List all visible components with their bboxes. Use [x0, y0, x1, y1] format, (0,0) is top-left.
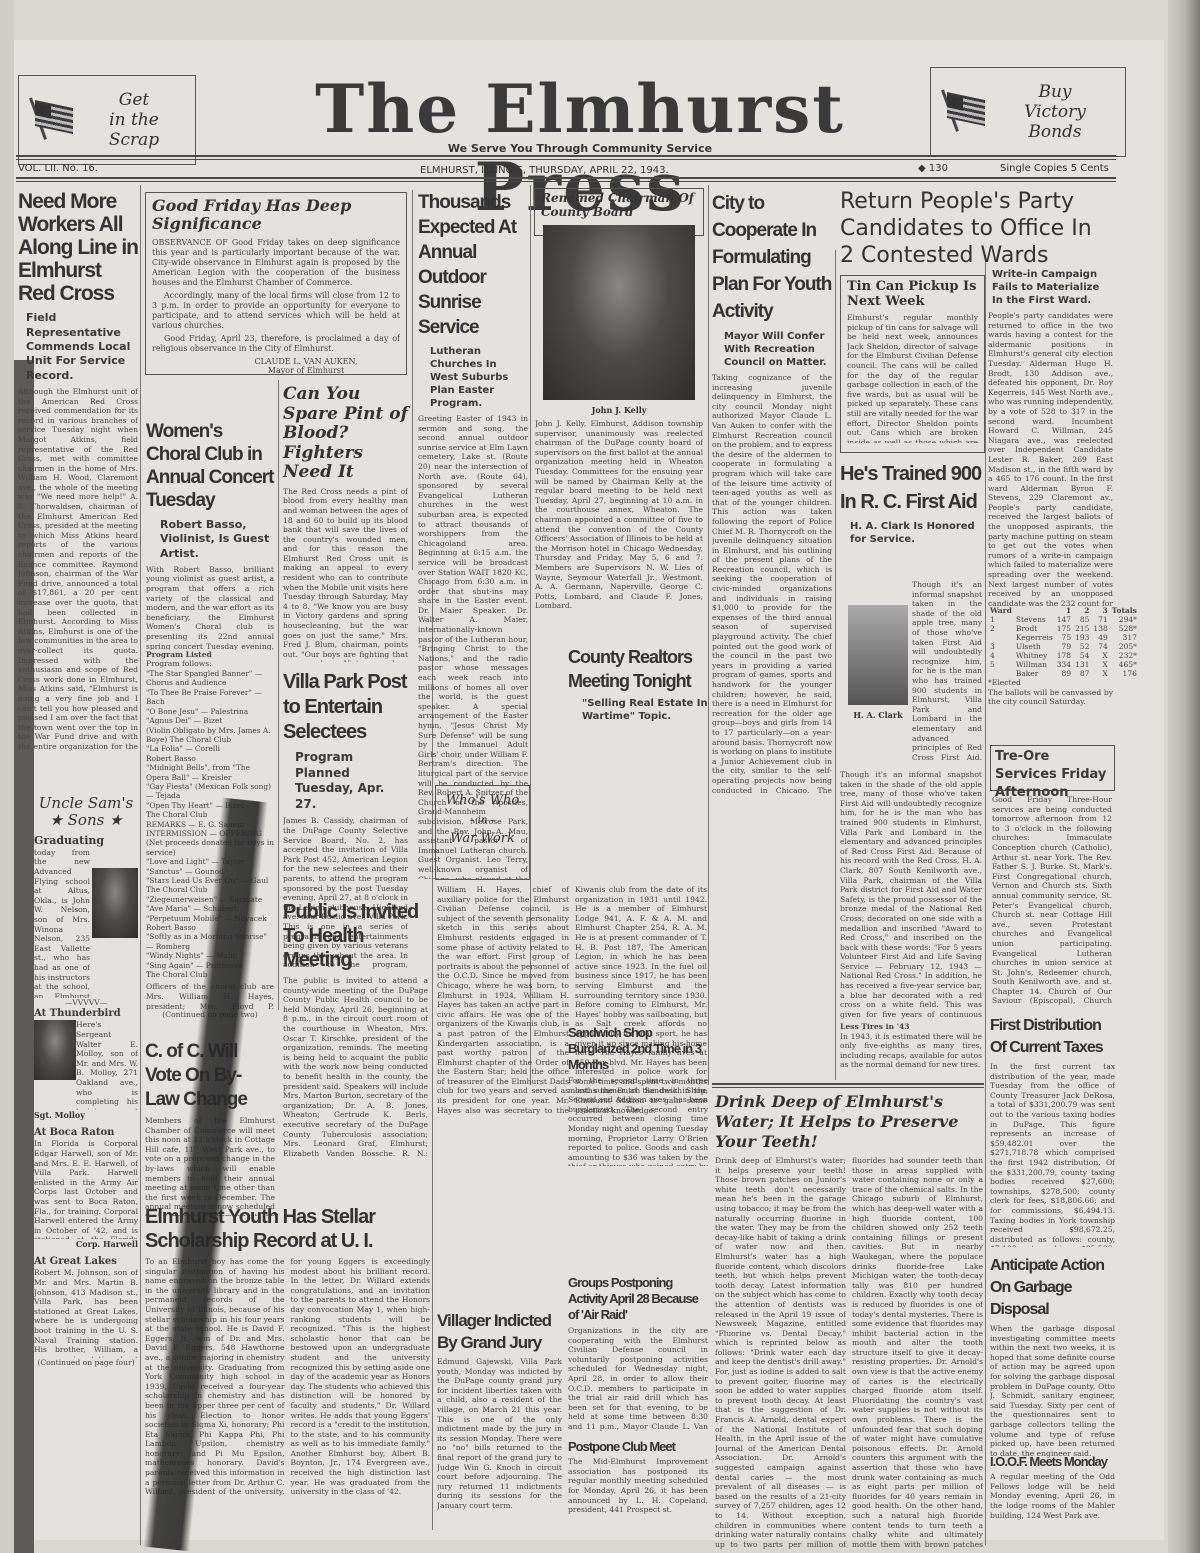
- article-tre-ore: Good Friday Three-Hour services are bein…: [992, 795, 1112, 1005]
- ear-get-in-the-scrap: Get in the Scrap: [18, 75, 196, 165]
- article-villager-indicted: Villager Indicted By Grand Jury Edmund G…: [437, 1310, 562, 1517]
- election-story: Write-in Campaign Fails to Materialize I…: [988, 268, 1113, 707]
- program-item: "O Bone Jesu" — Palestrina: [146, 707, 274, 716]
- table-row: 3Ulseth795274205*: [988, 642, 1139, 651]
- article-body: OBSERVANCE OF Good Friday takes on deep …: [152, 238, 400, 288]
- scan-right-margin: [1168, 0, 1200, 1553]
- article-body: Here's Sergeant Walter E. Molloy, son of…: [76, 1020, 138, 1110]
- table-cell: 131: [1073, 660, 1091, 669]
- star-icon: ★: [104, 811, 122, 829]
- column-rule: [278, 380, 279, 1010]
- program-item: "Agnus Dei" — Bizet: [146, 716, 274, 725]
- section-head: At Great Lakes: [34, 1255, 138, 1268]
- article-garbage: Anticipate Action On Garbage Disposal Wh…: [990, 1255, 1115, 1474]
- headline: Villager Indicted By Grand Jury: [437, 1310, 562, 1354]
- subhead: Write-in Campaign Fails to Materialize I…: [992, 268, 1113, 307]
- article-body: Though it's an informal snapshot taken i…: [840, 770, 982, 1020]
- table-cell: 1: [988, 615, 1014, 624]
- section-head: At Thunderbird: [34, 1007, 138, 1020]
- headline: Drink Deep of Elmhurst's Water; It Helps…: [715, 1092, 983, 1152]
- article-sunrise-service: Thousands Expected At Annual Outdoor Sun…: [418, 190, 528, 879]
- table-cell: 71: [1091, 615, 1109, 624]
- table-header: 2: [1073, 606, 1091, 615]
- table-cell: X: [1091, 660, 1109, 669]
- us-flag-icon: [939, 90, 987, 134]
- photo-caption: Corp. Harwell: [34, 1239, 138, 1249]
- ear-text: Buy: [993, 82, 1117, 102]
- table-cell: X: [1091, 669, 1109, 678]
- table-cell: 193: [1073, 633, 1091, 642]
- headline: Renamed Chairman Of County Board: [541, 192, 697, 220]
- photo-caption: H. A. Clark: [848, 710, 908, 720]
- article-body: Although the Elmhurst unit of the Americ…: [18, 387, 138, 752]
- ear-text: Victory: [993, 102, 1117, 122]
- headline: Tre-Ore Services Friday Afternoon: [995, 748, 1110, 802]
- table-cell: 2: [988, 624, 1014, 633]
- article-body: With Robert Basso, brilliant young violi…: [146, 565, 274, 650]
- article-county-chairman: John J. Kelly John J. Kelly, Elmhurst, A…: [535, 405, 703, 619]
- table-row: 5Willman334131X465*: [988, 660, 1139, 669]
- table-header: [1014, 606, 1055, 615]
- article-groups-postponing: Groups Postponing Activity April 28 Beca…: [568, 1275, 708, 1431]
- article-body: Robert M. Johnson, son of Mr. and Mrs. M…: [34, 1268, 138, 1358]
- headline: City to Cooperate In Formulating Plan Fo…: [712, 190, 832, 325]
- headline: Need More Workers All Along Line in Elmh…: [18, 190, 138, 305]
- article-footer: The ballots will be canvassed by the cit…: [988, 688, 1113, 707]
- table-cell: 75: [1055, 633, 1073, 642]
- table-cell: 215: [1073, 624, 1091, 633]
- article-body: Organizations in the city are cooperatin…: [568, 1326, 708, 1431]
- table-cell: 79: [1055, 642, 1073, 651]
- signature: CLAUDE L. VAN AUKEN,: [212, 357, 400, 367]
- article-body: John J. Kelly, Elmhurst, Addison townshi…: [535, 419, 703, 619]
- table-cell: 89: [1055, 669, 1073, 678]
- article-body: The Mid-Elmhurst Improvement association…: [568, 1457, 708, 1527]
- headline: County Realtors Meeting Tonight: [568, 645, 708, 693]
- article-tin-can: Tin Can Pickup Is Next Week Elmhurst's r…: [840, 275, 985, 453]
- footnote: *Elected: [988, 678, 1113, 688]
- us-flag-icon: [27, 98, 75, 142]
- article-body: Good Friday, April 23, therefore, is pro…: [152, 334, 400, 354]
- table-cell: 528*: [1110, 624, 1139, 633]
- table-row: Kegerreis7519349317: [988, 633, 1139, 642]
- headline: – in –: [436, 815, 529, 827]
- headline: War Work: [436, 832, 529, 847]
- article-body: For the second time in three months the …: [568, 1076, 708, 1166]
- subhead: Lutheran Churches In West Suburbs Plan E…: [430, 345, 528, 410]
- table-cell: 178: [1055, 651, 1073, 660]
- program-item: "The Star Spangled Banner" — Chorus and …: [146, 669, 274, 688]
- program-item: (Violin Obligato by Mrs. James A. Boye) …: [146, 726, 274, 745]
- article-body: In the first current tax distribution of…: [990, 1062, 1115, 1247]
- article-body: Accordingly, many of the local firms wil…: [152, 291, 400, 331]
- table-cell: Brodt: [1014, 624, 1055, 633]
- continued-note: (Continued on page four): [34, 1358, 138, 1368]
- table-row: 2Brodt175215138528*: [988, 624, 1139, 633]
- subhead: Robert Basso, Violinist, Is Guest Artist…: [160, 518, 274, 561]
- photo-ha-clark: [848, 605, 908, 705]
- column-rule: [835, 250, 836, 1080]
- photo-jw-nelson: [92, 868, 138, 938]
- ear-buy-victory-bonds: Buy Victory Bonds: [930, 67, 1126, 157]
- article-postpone-club: Postpone Club Meet The Mid-Elmhurst Impr…: [568, 1440, 708, 1527]
- column-rule: [412, 190, 413, 570]
- table-cell: 334: [1055, 660, 1073, 669]
- table-cell: 317: [1110, 633, 1139, 642]
- program-item: "To Thee Be Praise Forever" — Bach: [146, 688, 274, 707]
- table-cell: 465*: [1110, 660, 1139, 669]
- article-body: In Florida is Corporal Edgar Harwell, so…: [34, 1139, 138, 1239]
- article-red-cross: Need More Workers All Along Line in Elmh…: [18, 190, 138, 752]
- section-head: Graduating: [34, 834, 138, 848]
- scan-left-margin: [0, 0, 14, 1553]
- union-label: ◆ 130: [918, 163, 948, 174]
- program-item: "La Folia" — Corelli: [146, 744, 274, 753]
- price: Single Copies 5 Cents: [1000, 163, 1109, 174]
- headline: Anticipate Action On Garbage Disposal: [990, 1255, 1115, 1321]
- table-cell: 147: [1055, 615, 1073, 624]
- signature-title: Mayor of Elmhurst: [212, 366, 400, 376]
- headline: Uncle Sam's: [34, 795, 138, 812]
- article-health-meeting: Public Is Invited To Health Meeting The …: [283, 900, 428, 1156]
- table-header: 1: [1055, 606, 1073, 615]
- table-cell: 4: [988, 651, 1014, 660]
- article-realtors: County Realtors Meeting Tonight "Selling…: [568, 645, 708, 727]
- table-row: Baker8987X176: [988, 669, 1139, 678]
- headline: Good Friday Has Deep Significance: [152, 197, 400, 234]
- article-youth-activity: City to Cooperate In Formulating Plan Fo…: [712, 190, 832, 793]
- article-sandwich-shop: Sandwich Shop Burglarized 2nd Time in 3 …: [568, 1025, 708, 1166]
- headline: Women's Choral Club in Annual Concert Tu…: [146, 420, 274, 512]
- union-mark: 130: [929, 163, 948, 174]
- ear-text: Scrap: [81, 130, 187, 150]
- dateline: ELMHURST, ILLINOIS, THURSDAY, APRIL 22, …: [420, 165, 669, 176]
- table-cell: Stevens: [1014, 615, 1055, 624]
- headline: Thousands Expected At Annual Outdoor Sun…: [418, 190, 528, 340]
- headline-text: Sons: [68, 811, 105, 829]
- headline: Postpone Club Meet: [568, 1440, 708, 1454]
- article-body: Taking cognizance of the increasing juve…: [712, 373, 832, 793]
- table-cell: [988, 633, 1014, 642]
- table-cell: 138: [1091, 624, 1109, 633]
- program-item: "Gay Fiesta" (Mexican Folk song) — Tejad…: [146, 782, 274, 801]
- table-cell: X: [1091, 651, 1109, 660]
- article-blood: Can You Spare Pint of Blood? Fighters Ne…: [283, 385, 408, 662]
- subhead: H. A. Clark Is Honored for Service.: [850, 520, 982, 546]
- section-head: At Boca Raton: [34, 1126, 138, 1139]
- table-cell: 175: [1055, 624, 1073, 633]
- article-drink-water: Drink Deep of Elmhurst's Water; It Helps…: [715, 1092, 983, 1551]
- article-body: A regular meeting of the Odd Fellows lod…: [990, 1472, 1115, 1532]
- article-body-intro: [840, 550, 982, 572]
- article-tre-ore-head: Tre-Ore Services Friday Afternoon: [990, 745, 1115, 791]
- table-header: 3: [1091, 606, 1109, 615]
- photo-caption: Sgt. Molloy: [34, 1110, 138, 1120]
- subhead: Program Planned Tuesday, Apr. 27.: [295, 750, 408, 812]
- subhead: Mayor Will Confer With Recreation Counci…: [724, 330, 832, 369]
- table-cell: 5: [988, 660, 1014, 669]
- table-cell: Baker: [1014, 669, 1055, 678]
- headline: Groups Postponing Activity April 28 Beca…: [568, 1275, 708, 1323]
- masthead-tagline: We Serve You Through Community Service: [380, 142, 780, 155]
- headline: Tin Can Pickup Is Next Week: [847, 279, 978, 309]
- headline: He's Trained 900 In R. C. First Aid: [840, 460, 982, 516]
- table-cell: 205*: [1110, 642, 1139, 651]
- table-cell: 176: [1110, 669, 1139, 678]
- headline: ★ Sons ★: [34, 812, 138, 829]
- article-good-friday: Good Friday Has Deep Significance OBSERV…: [145, 192, 407, 375]
- article-taxes: First Distribution Of Current Taxes In t…: [990, 1015, 1115, 1247]
- article-body: today from the new Advanced Flying schoo…: [34, 848, 90, 998]
- election-returns-table: Ward123Totals 1Stevens1478571294*2Brodt1…: [988, 606, 1139, 678]
- table-cell: 52: [1073, 642, 1091, 651]
- subhead: "Selling Real Estate In Wartime" Topic.: [582, 697, 708, 723]
- divider: —VVVVV—: [34, 998, 138, 1008]
- section-rule: [712, 1083, 984, 1088]
- article-body: The Red Cross needs a pint of blood from…: [283, 487, 408, 662]
- table-cell: 74: [1091, 642, 1109, 651]
- table-row: 4Whitney17854X232*: [988, 651, 1139, 660]
- article-body: Edmund Gajewski, Villa Park youth, Monda…: [437, 1357, 562, 1517]
- program-item: Robert Basso: [146, 754, 274, 763]
- article-body: The public is invited to attend a county…: [283, 976, 428, 1156]
- headline: Public Is Invited To Health Meeting: [283, 900, 428, 972]
- table-cell: [988, 669, 1014, 678]
- volume-number: VOL. LII. No. 16.: [18, 163, 98, 174]
- feature-uncle-sams-sons: Uncle Sam's ★ Sons ★ Graduating today fr…: [34, 795, 138, 1368]
- photo-sgt-molloy: [34, 1020, 76, 1080]
- table-cell: Whitney: [1014, 651, 1055, 660]
- table-cell: 294*: [1110, 615, 1139, 624]
- ear-text: Bonds: [993, 122, 1117, 142]
- table-cell: 87: [1073, 669, 1091, 678]
- headline: I.O.O.F. Meets Monday: [990, 1455, 1115, 1469]
- article-body: When the garbage disposal investigating …: [990, 1324, 1115, 1474]
- article-body: People's party candidates were returned …: [988, 311, 1113, 606]
- table-cell: 3: [988, 642, 1014, 651]
- table-cell: 85: [1073, 615, 1091, 624]
- article-body: In 1943, it is estimated there will be o…: [840, 1032, 982, 1072]
- article-ioof: I.O.O.F. Meets Monday A regular meeting …: [990, 1455, 1115, 1532]
- program-item: "Midnight Bells", from "The Opera Ball" …: [146, 763, 274, 782]
- table-cell: Willman: [1014, 660, 1055, 669]
- article-body: Drink deep of Elmhurst's water; it helps…: [715, 1156, 983, 1551]
- column-rule: [985, 255, 986, 1545]
- article-clark: He's Trained 900 In R. C. First Aid H. A…: [840, 460, 982, 572]
- article-body: Though it's an informal snapshot taken i…: [912, 580, 982, 760]
- table-cell: 232*: [1110, 651, 1139, 660]
- feature-whos-who: Who's Who – in – War Work: [435, 785, 530, 880]
- column-rule: [708, 185, 709, 1085]
- photo-caption: John J. Kelly: [535, 405, 703, 415]
- table-cell: Ulseth: [1014, 642, 1055, 651]
- headline: Less Tires in '43: [840, 1022, 982, 1032]
- masthead-rule-bottom: [16, 177, 1116, 182]
- program-intro: Program follows:: [146, 659, 274, 669]
- ear-text: Get: [81, 90, 187, 110]
- headline: Return People's Party Candidates to Offi…: [840, 188, 1110, 269]
- photo-john-kelly: [543, 225, 695, 400]
- table-header: Ward: [988, 606, 1014, 615]
- article-body: Elmhurst's regular monthly pickup of tin…: [847, 313, 978, 443]
- column-rule: [140, 185, 141, 1545]
- article-election: Return People's Party Candidates to Offi…: [840, 188, 1110, 269]
- table-cell: Kegerreis: [1014, 633, 1055, 642]
- table-row: 1Stevens1478571294*: [988, 615, 1139, 624]
- ear-text: in the: [81, 110, 187, 130]
- masthead-rule-top: [16, 155, 1116, 160]
- headline: Sandwich Shop Burglarized 2nd Time in 3 …: [568, 1025, 708, 1073]
- article-clark-continued: Though it's an informal snapshot taken i…: [840, 770, 982, 1072]
- table-cell: 49: [1091, 633, 1109, 642]
- table-cell: 54: [1073, 651, 1091, 660]
- star-icon: ★: [49, 811, 67, 829]
- headline: Villa Park Post to Entertain Selectees: [283, 670, 408, 745]
- headline: First Distribution Of Current Taxes: [990, 1015, 1115, 1059]
- subhead: Field Representative Commends Local Unit…: [26, 311, 138, 382]
- table-header: Totals: [1110, 606, 1139, 615]
- headline: Can You Spare Pint of Blood? Fighters Ne…: [283, 385, 408, 483]
- program-heading: Program Listed: [146, 650, 274, 660]
- headline: Who's Who: [436, 794, 529, 809]
